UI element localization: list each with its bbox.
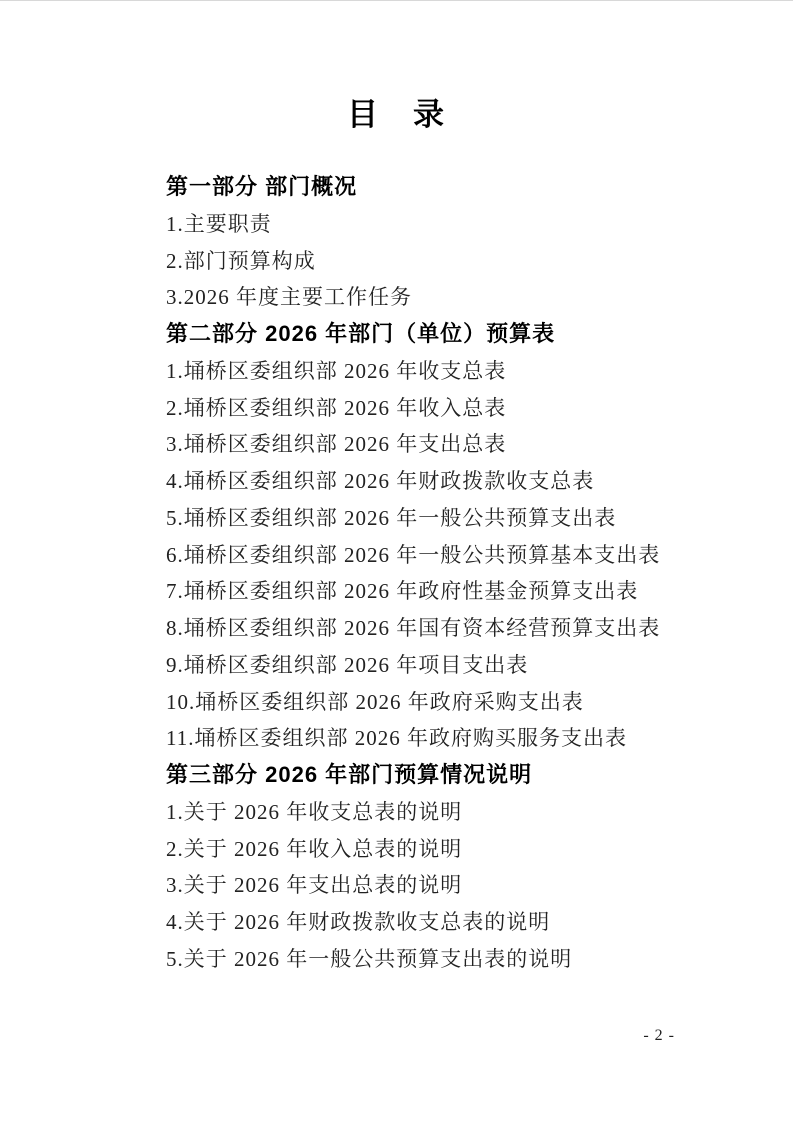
toc-item: 7.埇桥区委组织部 2026 年政府性基金预算支出表 bbox=[166, 573, 703, 610]
toc-item: 6.埇桥区委组织部 2026 年一般公共预算基本支出表 bbox=[166, 537, 703, 574]
toc-section-heading-2: 第二部分 2026 年部门（单位）预算表 bbox=[166, 316, 703, 353]
toc-item: 1.埇桥区委组织部 2026 年收支总表 bbox=[166, 353, 703, 390]
toc-item: 9.埇桥区委组织部 2026 年项目支出表 bbox=[166, 647, 703, 684]
toc-item: 5.埇桥区委组织部 2026 年一般公共预算支出表 bbox=[166, 500, 703, 537]
toc-item: 5.关于 2026 年一般公共预算支出表的说明 bbox=[166, 941, 703, 978]
table-of-contents: 第一部分 部门概况 1.主要职责 2.部门预算构成 3.2026 年度主要工作任… bbox=[166, 169, 703, 978]
toc-item: 11.埇桥区委组织部 2026 年政府购买服务支出表 bbox=[166, 720, 703, 757]
page-top-border bbox=[0, 0, 793, 1]
page-title: 目 录 bbox=[0, 94, 793, 136]
toc-item: 4.关于 2026 年财政拨款收支总表的说明 bbox=[166, 904, 703, 941]
toc-item: 10.埇桥区委组织部 2026 年政府采购支出表 bbox=[166, 684, 703, 721]
toc-section-heading-3: 第三部分 2026 年部门预算情况说明 bbox=[166, 757, 703, 794]
toc-item: 2.关于 2026 年收入总表的说明 bbox=[166, 831, 703, 868]
toc-item: 1.主要职责 bbox=[166, 206, 703, 243]
toc-item: 3.2026 年度主要工作任务 bbox=[166, 279, 703, 316]
toc-item: 3.关于 2026 年支出总表的说明 bbox=[166, 867, 703, 904]
toc-item: 4.埇桥区委组织部 2026 年财政拨款收支总表 bbox=[166, 463, 703, 500]
toc-item: 3.埇桥区委组织部 2026 年支出总表 bbox=[166, 426, 703, 463]
toc-item: 8.埇桥区委组织部 2026 年国有资本经营预算支出表 bbox=[166, 610, 703, 647]
document-page: 目 录 第一部分 部门概况 1.主要职责 2.部门预算构成 3.2026 年度主… bbox=[0, 0, 793, 1122]
toc-item: 1.关于 2026 年收支总表的说明 bbox=[166, 794, 703, 831]
toc-item: 2.埇桥区委组织部 2026 年收入总表 bbox=[166, 390, 703, 427]
toc-item: 2.部门预算构成 bbox=[166, 243, 703, 280]
toc-section-heading-1: 第一部分 部门概况 bbox=[166, 169, 703, 206]
page-number: - 2 - bbox=[643, 1026, 675, 1046]
